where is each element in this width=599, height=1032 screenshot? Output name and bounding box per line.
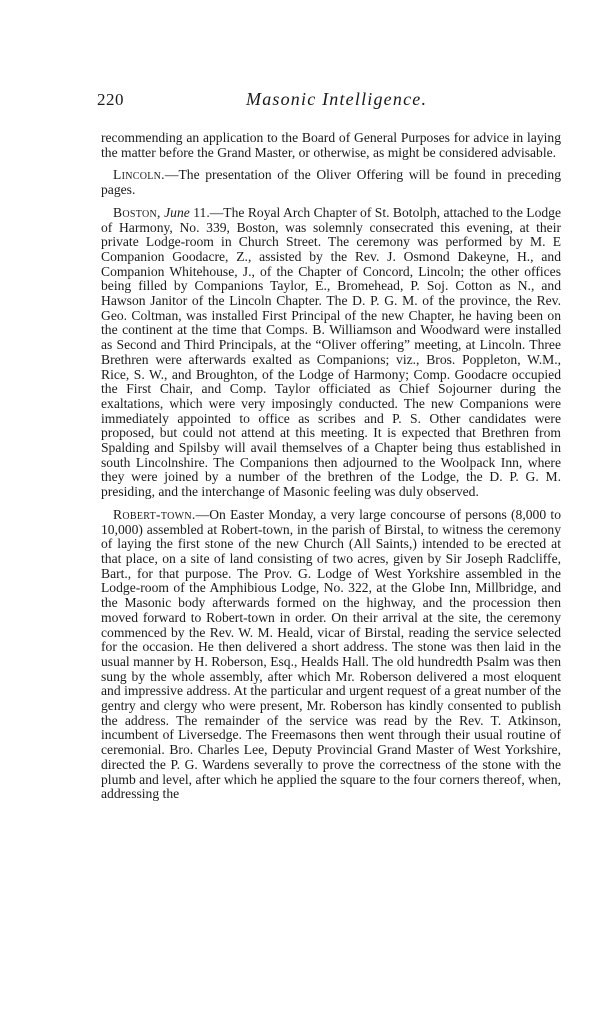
section-lead-robert-town: Robert-town.	[113, 507, 196, 522]
paragraph-text: —The presentation of the Oliver Offering…	[101, 167, 561, 197]
date-italic: June	[161, 205, 190, 220]
paragraph-text: recommending an application to the Board…	[101, 130, 561, 160]
paragraph-text: —On Easter Monday, a very large concours…	[101, 507, 561, 801]
paragraph-robert-town: Robert-town.—On Easter Monday, a very la…	[101, 508, 561, 802]
paragraph-boston: Boston, June 11.—The Royal Arch Chapter …	[101, 206, 561, 500]
page-number: 220	[97, 90, 124, 110]
body-text: recommending an application to the Board…	[101, 131, 561, 802]
running-head: 220 Masonic Intelligence.	[101, 88, 561, 114]
book-page: 220 Masonic Intelligence. recommending a…	[101, 88, 561, 810]
section-lead-boston: Boston,	[113, 205, 161, 220]
paragraph-text: 11.—The Royal Arch Chapter of St. Botolp…	[101, 205, 561, 499]
paragraph-continuation: recommending an application to the Board…	[101, 131, 561, 160]
paragraph-lincoln: Lincoln.—The presentation of the Oliver …	[101, 168, 561, 197]
running-title: Masonic Intelligence.	[246, 89, 427, 110]
section-lead-lincoln: Lincoln.	[113, 167, 165, 182]
